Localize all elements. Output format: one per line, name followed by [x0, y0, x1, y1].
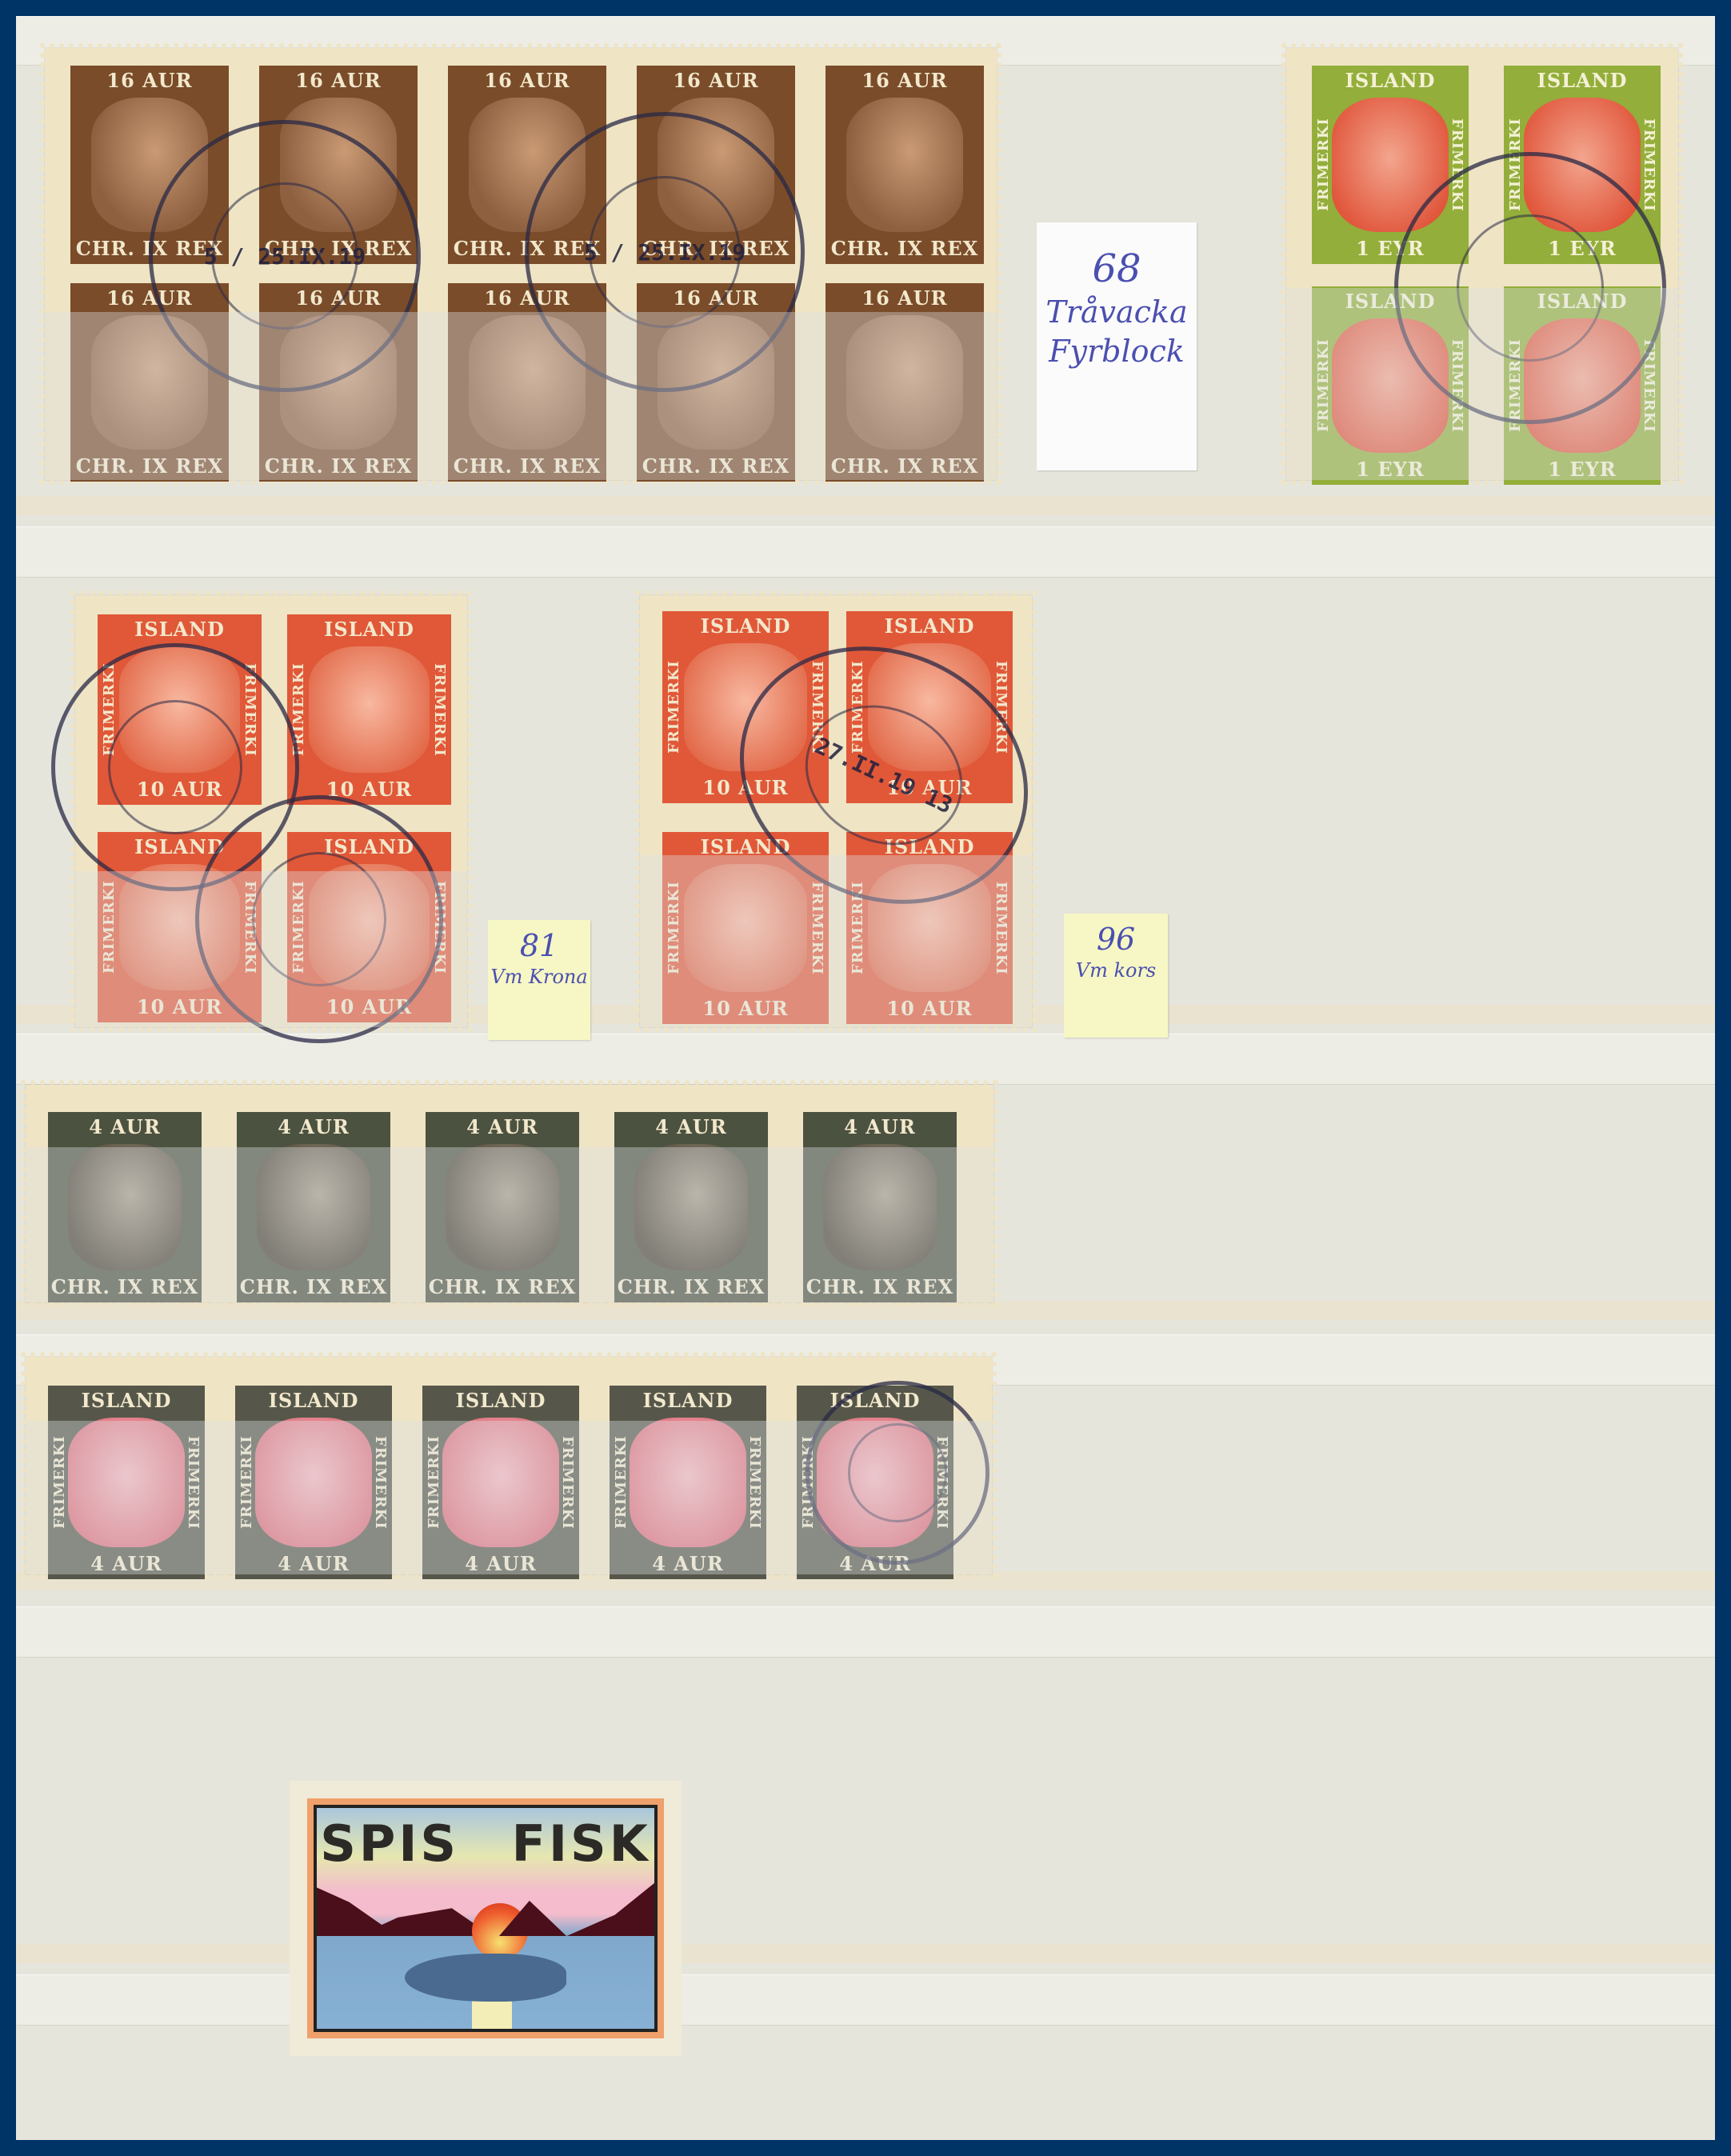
label-artwork: SPIS FISK — [314, 1805, 658, 2032]
note-81: 81 Vm Krona — [488, 920, 590, 1040]
page-band — [16, 496, 1715, 515]
postmark-date: 5 / 25.IX.19 — [584, 239, 746, 266]
note-line: Fyrblock — [1049, 332, 1185, 371]
block-10-aur-wm-cross[interactable]: ISLAND10 AURFRIMERKIFRIMERKIISLAND10 AUR… — [640, 595, 1032, 1027]
postmark-date: 27.II.19 13 — [811, 732, 957, 818]
stamp-top-text: ISLAND — [1537, 66, 1628, 96]
note-line: Vm kors — [1076, 958, 1157, 983]
note-68: 68 Tråvacka Fyrblock — [1037, 222, 1197, 470]
note-line: Vm Krona — [490, 965, 587, 990]
block-16-aur[interactable]: 16 AURCHR. IX REX16 AURCHR. IX REX16 AUR… — [45, 48, 997, 480]
block-1-eyr[interactable]: ISLAND1 EYRFRIMERKIFRIMERKIISLAND1 EYRFR… — [1286, 48, 1678, 480]
stock-strip — [16, 1606, 1715, 1658]
stamp-side-text: FRIMERKI — [431, 662, 448, 757]
stamp-top-text: 4 AUR — [89, 1112, 161, 1142]
stamp-side-text: FRIMERKI — [1641, 114, 1657, 216]
stamp-top-text: 16 AUR — [862, 283, 947, 314]
note-96: 96 Vm kors — [1064, 914, 1168, 1038]
stamp-top-text: 16 AUR — [484, 66, 570, 96]
stamp-top-text: 16 AUR — [673, 66, 758, 96]
strip-overlay — [1286, 288, 1678, 480]
stamp-bottom-text: CHR. IX REX — [831, 234, 979, 264]
note-number: 96 — [1097, 922, 1135, 958]
block-10-aur-wm-crown[interactable]: ISLAND10 AURFRIMERKIFRIMERKIISLAND10 AUR… — [75, 595, 467, 1027]
stock-strip — [16, 1034, 1715, 1085]
fish-icon — [405, 1954, 567, 2002]
note-number: 81 — [520, 928, 558, 965]
stamp-top-text: 16 AUR — [295, 66, 381, 96]
stock-page: 16 AURCHR. IX REX16 AURCHR. IX REX16 AUR… — [16, 16, 1715, 2140]
stamp-top-text: 4 AUR — [844, 1112, 916, 1142]
strip-4-aur-chr-ix[interactable]: 4 AURCHR. IX REX4 AURCHR. IX REX4 AURCHR… — [26, 1085, 993, 1302]
stamp-top-text: ISLAND — [324, 614, 414, 645]
mountain-right — [566, 1883, 654, 1936]
stamp[interactable]: ISLAND10 AURFRIMERKIFRIMERKI — [287, 614, 451, 805]
strip-overlay — [26, 1421, 992, 1574]
stamp-side-text: FRIMERKI — [666, 659, 682, 755]
stamp-top-text: ISLAND — [82, 1386, 172, 1416]
postmark-date: 5 / 25.IX.19 — [204, 243, 366, 270]
stamp-top-text: 4 AUR — [466, 1112, 538, 1142]
stamp-top-text: ISLAND — [885, 611, 975, 642]
stamp-top-text: 4 AUR — [655, 1112, 727, 1142]
spis-fisk-poster-stamp[interactable]: SPIS FISK — [290, 1781, 682, 2056]
note-line: Tråvacka — [1045, 293, 1187, 332]
page-band — [16, 1944, 1715, 1963]
stamp-top-text: ISLAND — [134, 614, 225, 645]
note-number: 68 — [1092, 246, 1141, 293]
label-frame: SPIS FISK — [307, 1798, 664, 2038]
stamp-top-text: ISLAND — [1345, 66, 1436, 96]
stock-strip — [16, 526, 1715, 578]
strip-4-aur-island[interactable]: ISLAND4 AURFRIMERKIFRIMERKIISLAND4 AURFR… — [26, 1357, 992, 1574]
stamp-top-text: 16 AUR — [862, 66, 947, 96]
strip-overlay — [45, 312, 997, 480]
stamp-top-text: ISLAND — [269, 1386, 359, 1416]
label-title: SPIS FISK — [317, 1814, 654, 1873]
stamp[interactable]: 16 AURCHR. IX REX — [826, 66, 984, 264]
stamp-top-text: 16 AUR — [106, 66, 192, 96]
portrait — [846, 98, 964, 232]
stamp-top-text: ISLAND — [701, 611, 791, 642]
stamp-top-text: 4 AUR — [278, 1112, 350, 1142]
stamp-top-text: ISLAND — [456, 1386, 546, 1416]
stamp-side-text: FRIMERKI — [1315, 114, 1332, 216]
strip-overlay — [640, 855, 1032, 1027]
stamp-top-text: ISLAND — [643, 1386, 734, 1416]
portrait — [309, 646, 430, 773]
strip-overlay — [26, 1147, 993, 1302]
strip-overlay — [75, 871, 467, 1027]
stock-strip — [16, 1974, 1715, 2026]
